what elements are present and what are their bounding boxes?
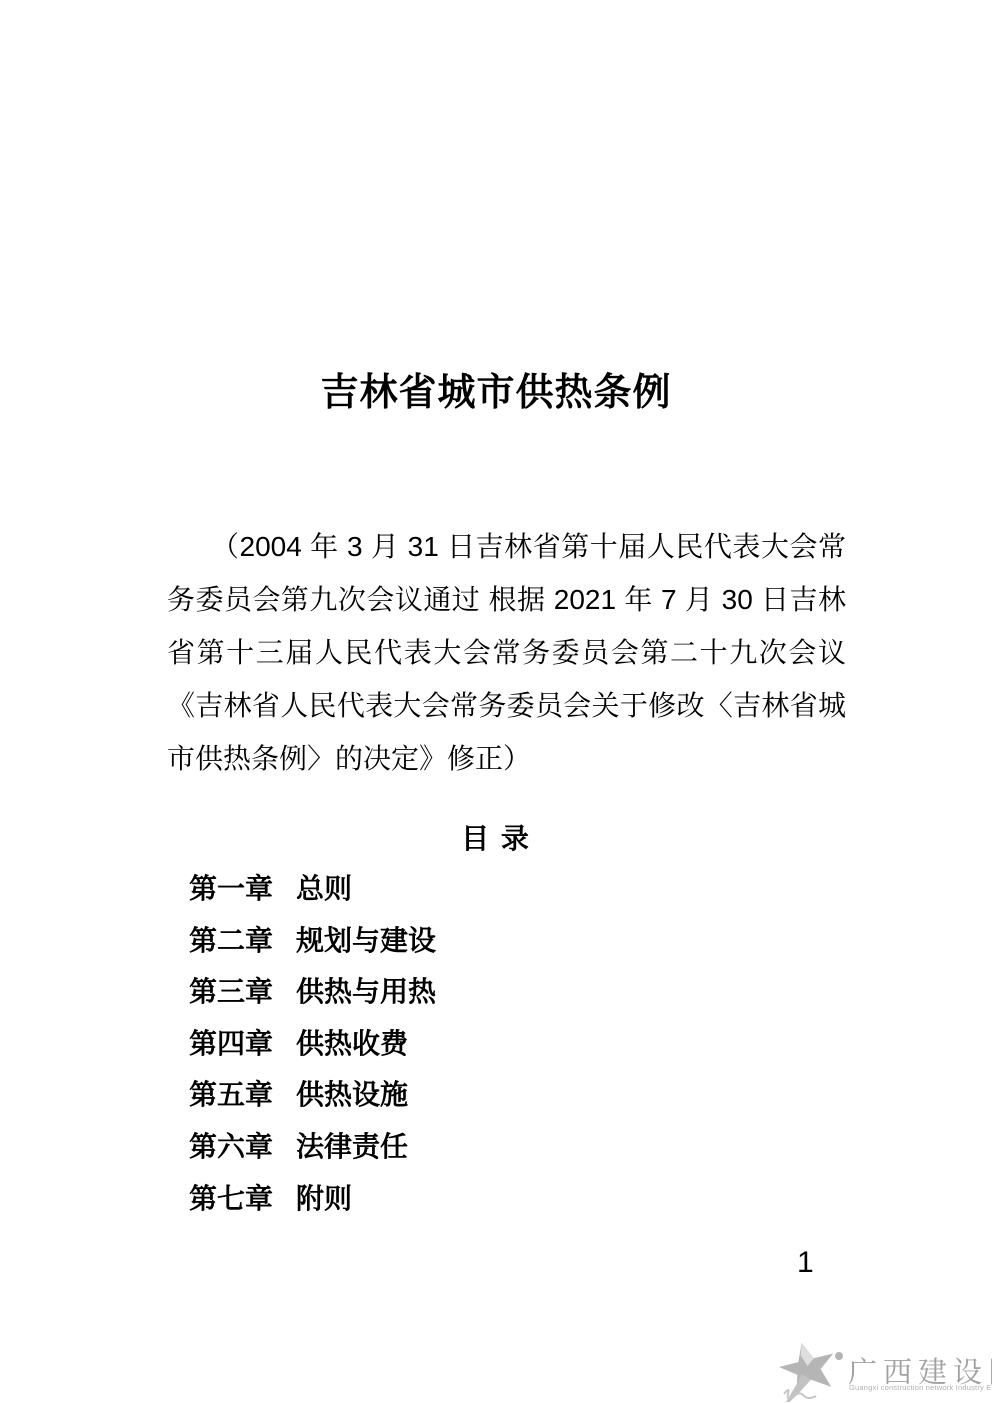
toc-item-chapter-2: 第二章规划与建设 xyxy=(189,915,436,967)
toc-item-chapter-5: 第五章供热设施 xyxy=(189,1069,436,1121)
document-title: 吉林省城市供热条例 xyxy=(0,361,992,416)
toc-item-chapter-1: 第一章总则 xyxy=(189,863,436,915)
chapter-label: 第六章 xyxy=(189,1131,273,1162)
chapter-title: 规划与建设 xyxy=(296,925,436,956)
chapter-label: 第一章 xyxy=(189,873,273,904)
document-page: { "page": { "number": "1", "background_c… xyxy=(0,0,992,1403)
chapter-title: 供热设施 xyxy=(296,1079,408,1110)
chapter-label: 第七章 xyxy=(189,1183,273,1214)
toc-item-chapter-7: 第七章附则 xyxy=(189,1173,436,1225)
chapter-label: 第三章 xyxy=(189,976,273,1007)
toc-heading: 目 录 xyxy=(0,817,992,857)
chapter-label: 第四章 xyxy=(189,1028,273,1059)
star-icon xyxy=(770,1340,846,1402)
toc-item-chapter-6: 第六章法律责任 xyxy=(189,1121,436,1173)
chapter-label: 第五章 xyxy=(189,1079,273,1110)
chapter-title: 总则 xyxy=(296,873,352,904)
chapter-title: 附则 xyxy=(296,1183,352,1214)
page-number: 1 xyxy=(797,1246,814,1280)
preamble-paragraph: （2004 年 3 月 31 日吉林省第十届人民代表大会常务委员会第九次会议通过… xyxy=(167,520,846,785)
watermark: 广西建设网 Guangxi construction network Indus… xyxy=(770,1340,988,1402)
watermark-tagline-text: Guangxi construction network Industry Ed… xyxy=(849,1383,992,1392)
chapter-title: 供热与用热 xyxy=(296,976,436,1007)
chapter-title: 法律责任 xyxy=(296,1131,408,1162)
chapter-label: 第二章 xyxy=(189,925,273,956)
toc-item-chapter-3: 第三章供热与用热 xyxy=(189,966,436,1018)
logo-dot-icon xyxy=(835,1352,843,1360)
toc-list: 第一章总则 第二章规划与建设 第三章供热与用热 第四章供热收费 第五章供热设施 … xyxy=(189,863,436,1224)
toc-item-chapter-4: 第四章供热收费 xyxy=(189,1018,436,1070)
chapter-title: 供热收费 xyxy=(296,1028,408,1059)
